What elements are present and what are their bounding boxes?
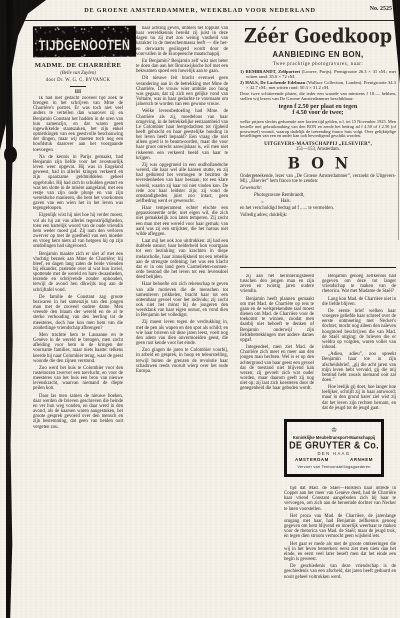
paragraph: Ik had niet gedacht zooveel tijd zoek te… (33, 96, 123, 153)
scan-artifact-left-blob (4, 146, 17, 163)
ad-body-text: Deze twee schitterende platen, die ieder… (240, 91, 396, 101)
coupon-wanted-label: Gewenscht: (240, 186, 396, 191)
gruyter-city-amsterdam: AMSTERDAM (295, 457, 329, 462)
paragraph: Zoo gingen de jaren te Colombier voorbij… (136, 348, 228, 374)
article-byline: door Dr. W. G. C. BYVANCK (33, 78, 123, 83)
coupon-declaration: Ondergeteekende, lezer van „De Groene Am… (240, 174, 396, 184)
ad-publisher-address: 151—153, Amsterdam. (240, 147, 396, 152)
ad-item: 1) REMBRANDT, Zelfportret (Louvre, Parij… (240, 69, 396, 79)
gruyter-city-row: AMSTERDAM ARNHEM (295, 457, 373, 462)
coupon-item-rembrandt: Photogravure Rembrandt, (240, 193, 396, 198)
paragraph: De eerste brief welken haar vroegere gel… (322, 309, 396, 350)
paragraph: Eigenlijk wist hij niet hoe hij verder m… (33, 213, 123, 249)
ad-intro: Twee prachtige photogravures, naar: (240, 62, 396, 67)
heading-divider (70, 86, 86, 87)
coupon-amount-line: en het verschuldigd bedrag ad f ...... t… (240, 206, 396, 211)
coupon-address-label: Volledig adres; duidelijk: (240, 213, 396, 218)
ad-item-list: 1) REMBRANDT, Zelfportret (Louvre, Parij… (240, 69, 396, 90)
article-column-bottom-right: tijd dat Mad. de Staël—Holstein haar int… (284, 486, 396, 614)
paragraph: En Benjamin? Benjamin zelf wist niet bet… (136, 59, 228, 74)
paragraph: Hoe leelijk gij doet, hoe langer hoe lee… (322, 385, 396, 411)
issue-number: No. 2525 (370, 6, 392, 12)
gruyter-advertisement: ♔ Koninklijke Meubeltransport-Maatschapp… (284, 419, 384, 477)
article-title: MADME. DE CHARRIÈRE (33, 62, 123, 69)
paragraph: Het gaat er mede als met de groote omkee… (284, 542, 396, 563)
paragraph: Integendeel, men ziet Mad. de Charrière … (240, 345, 314, 391)
scan-artifact-left-streak (6, 0, 13, 618)
paragraph: Benjamin genoeg zelfkennis had gegeven o… (322, 274, 396, 295)
paragraph: Daar las men samen de nieuwe boeken, daa… (33, 394, 123, 430)
ad-bottom-rule (240, 267, 396, 268)
ad-price-lines: tegen f 2.50 per plaat en tegen f 4.50 v… (240, 104, 396, 118)
article-heading-block: MADME. DE CHARRIÈRE (Belle van Zuylen) d… (33, 62, 123, 95)
header-rule (14, 20, 398, 21)
coupon-title: BON (240, 154, 396, 172)
paragraph: tijd dat Mad. de Staël—Holstein haar int… (284, 486, 396, 512)
banner-title: TIJDGENOOTEN (39, 38, 131, 54)
paragraph: Benjamin heeft plannen gemaakt om met Ma… (240, 297, 314, 343)
crown-icon: ♔ (331, 428, 337, 434)
ad-subhead: AANBIEDING EN BON, (240, 50, 396, 59)
paragraph: De geschiedenis van deze vriendschap is … (284, 564, 396, 579)
paragraph: Dit nieuwe feit bracht evenwel geen vera… (136, 76, 228, 107)
paragraph: Welke levensbedoeling had Mme. de Charri… (136, 109, 228, 161)
article-column-3: zij aan het herinneringsbeeld tusschen d… (240, 274, 314, 416)
elsevier-advertisement: Zéér Goedkoop AANBIEDING EN BON, Twee pr… (240, 26, 396, 267)
paragraph: Haar behoefte om zich rekenschap te geve… (136, 282, 228, 318)
gruyter-company-name: DE GRUYTER & Co. (289, 440, 379, 451)
paragraph: „Adieu, adieu”, zoo spreekt Benjamin haa… (322, 352, 396, 383)
paragraph: Zij moest leven tegen de verdrukking in,… (136, 320, 228, 346)
gruyter-city-arnhem: ARNHEM (350, 457, 373, 462)
ad-headline: Zéér Goedkoop (240, 26, 396, 48)
paragraph: Haar temperament echter eischte een gepa… (136, 206, 228, 237)
article-column-1: Ik had niet gedacht zooveel tijd zoek te… (33, 96, 123, 478)
paragraph: Zoo werd het huis te Colombier voor den … (33, 366, 123, 392)
paragraph: zij aan het herinneringsbeeld tusschen d… (240, 274, 314, 295)
article-subtitle: (Belle van Zuylen) (33, 71, 123, 76)
paragraph: Benjamin maakte zich er niet af met een … (33, 252, 123, 293)
tijdgenooten-banner: TIJDGENOOTEN (33, 26, 136, 58)
ad-terms: welke prijzen slechts gedurende zeer kor… (240, 120, 396, 139)
scan-artifact-right-edge (398, 0, 399, 240)
newspaper-page: 2 DE GROENE AMSTERDAMMER, WEEKBLAD VOOR … (0, 0, 400, 618)
paragraph: De familie de Constant zag groote bezwar… (33, 295, 123, 331)
paragraph: Men trachtte hem te Lausanne en te Genèv… (33, 333, 123, 364)
masthead-title: DE GROENE AMSTERDAMMER, WEEKBLAD VOOR NE… (60, 7, 340, 14)
gruyter-city-denhaag: DEN HAAG (317, 451, 350, 456)
paragraph: Na de kennis in Parijs gemaakt, had Benj… (33, 155, 123, 212)
ad-price-line-2: f 4.50 voor de twee; (240, 110, 396, 117)
article-column-2: haar achting geven, immers het toppunt v… (136, 26, 228, 478)
paragraph: Het proza van Mad. de Charrière, de jare… (284, 514, 396, 540)
paragraph: Lang kon Mad. de Charrière niet in die l… (322, 297, 396, 307)
paragraph: Zij was opgegroeid in een oudhollandsche… (136, 163, 228, 204)
coupon-item-hals: „ Hals. (240, 199, 396, 204)
gruyter-service-line: Vervoer van Tentoonstellingsgoederen (297, 464, 370, 469)
paragraph: haar achting geven, immers het toppunt v… (136, 26, 228, 57)
article-column-4: Benjamin genoeg zelfkennis had gegeven o… (322, 274, 396, 416)
ad-item: 2) HALS, De Lachende Edelman (Wallace Co… (240, 80, 396, 90)
section-number: III (33, 89, 123, 95)
paragraph: Laat mij het ook zoo uitdrukken: zij had… (136, 239, 228, 280)
